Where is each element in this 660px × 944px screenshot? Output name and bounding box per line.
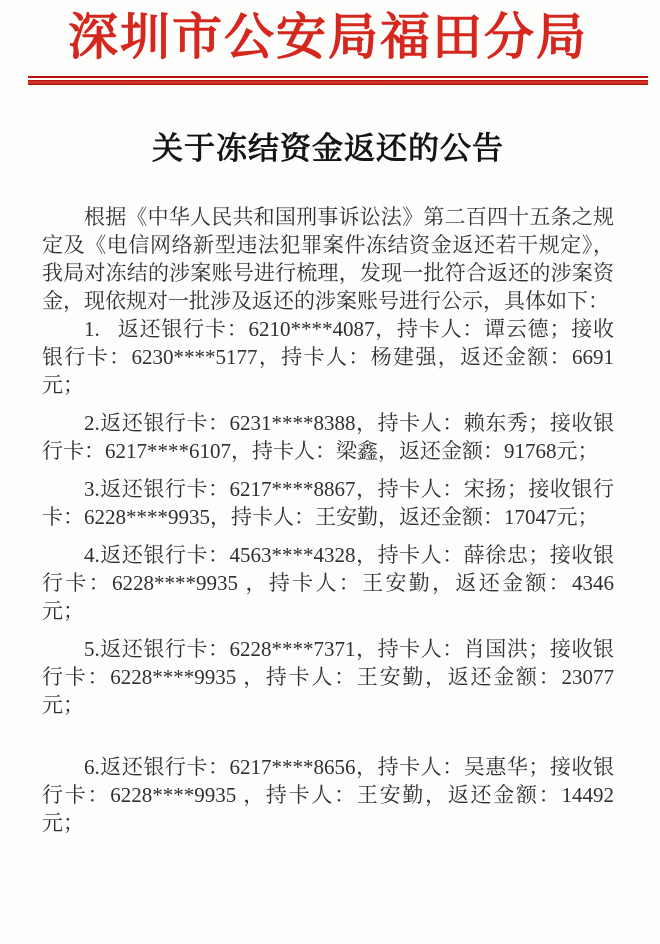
document-title: 关于冻结资金返还的公告 (42, 131, 614, 167)
refund-record-4: 4.返还银行卡：4563****4328，持卡人：薛徐忠；接收银行卡：6228*… (42, 541, 614, 625)
agency-letterhead: 深圳市公安局福田分局 (42, 6, 614, 68)
document-page: 深圳市公安局福田分局 关于冻结资金返还的公告 根据《中华人民共和国刑事诉讼法》第… (0, 6, 660, 944)
refund-record-1-text: 返还银行卡：6210****4087，持卡人：谭云德；接收银行卡：6230***… (42, 317, 614, 397)
refund-record-5-number: 5. (84, 637, 100, 661)
refund-record-5-text: 返还银行卡：6228****7371，持卡人：肖国洪；接收银行卡：6228***… (42, 637, 614, 717)
refund-record-2-text: 返还银行卡：6231****8388，持卡人：赖东秀；接收银行卡：6217***… (42, 411, 614, 463)
letterhead-double-rule (28, 76, 648, 85)
refund-record-1-number: 1. (84, 317, 118, 341)
refund-record-3: 3.返还银行卡：6217****8867，持卡人：宋扬；接收银行卡：6228**… (42, 475, 614, 531)
refund-record-2-number: 2. (84, 411, 100, 435)
refund-record-6-text: 返还银行卡：6217****8656，持卡人：吴惠华；接收银行卡：6228***… (42, 755, 614, 835)
refund-record-3-text: 返还银行卡：6217****8867，持卡人：宋扬；接收银行卡：6228****… (42, 477, 614, 529)
letterhead-rule-thick-line (28, 80, 648, 85)
refund-record-5: 5.返还银行卡：6228****7371，持卡人：肖国洪；接收银行卡：6228*… (42, 635, 614, 719)
refund-record-1: 1. 返还银行卡：6210****4087，持卡人：谭云德；接收银行卡：6230… (42, 315, 614, 399)
refund-record-6-number: 6. (84, 755, 100, 779)
intro-paragraph: 根据《中华人民共和国刑事诉讼法》第二百四十五条之规定及《电信网络新型违法犯罪案件… (42, 203, 614, 315)
refund-record-4-text: 返还银行卡：4563****4328，持卡人：薛徐忠；接收银行卡：6228***… (42, 543, 614, 623)
refund-record-4-number: 4. (84, 543, 100, 567)
refund-record-3-number: 3. (84, 477, 100, 501)
refund-record-6: 6.返还银行卡：6217****8656，持卡人：吴惠华；接收银行卡：6228*… (42, 753, 614, 837)
refund-record-2: 2.返还银行卡：6231****8388，持卡人：赖东秀；接收银行卡：6217*… (42, 409, 614, 465)
